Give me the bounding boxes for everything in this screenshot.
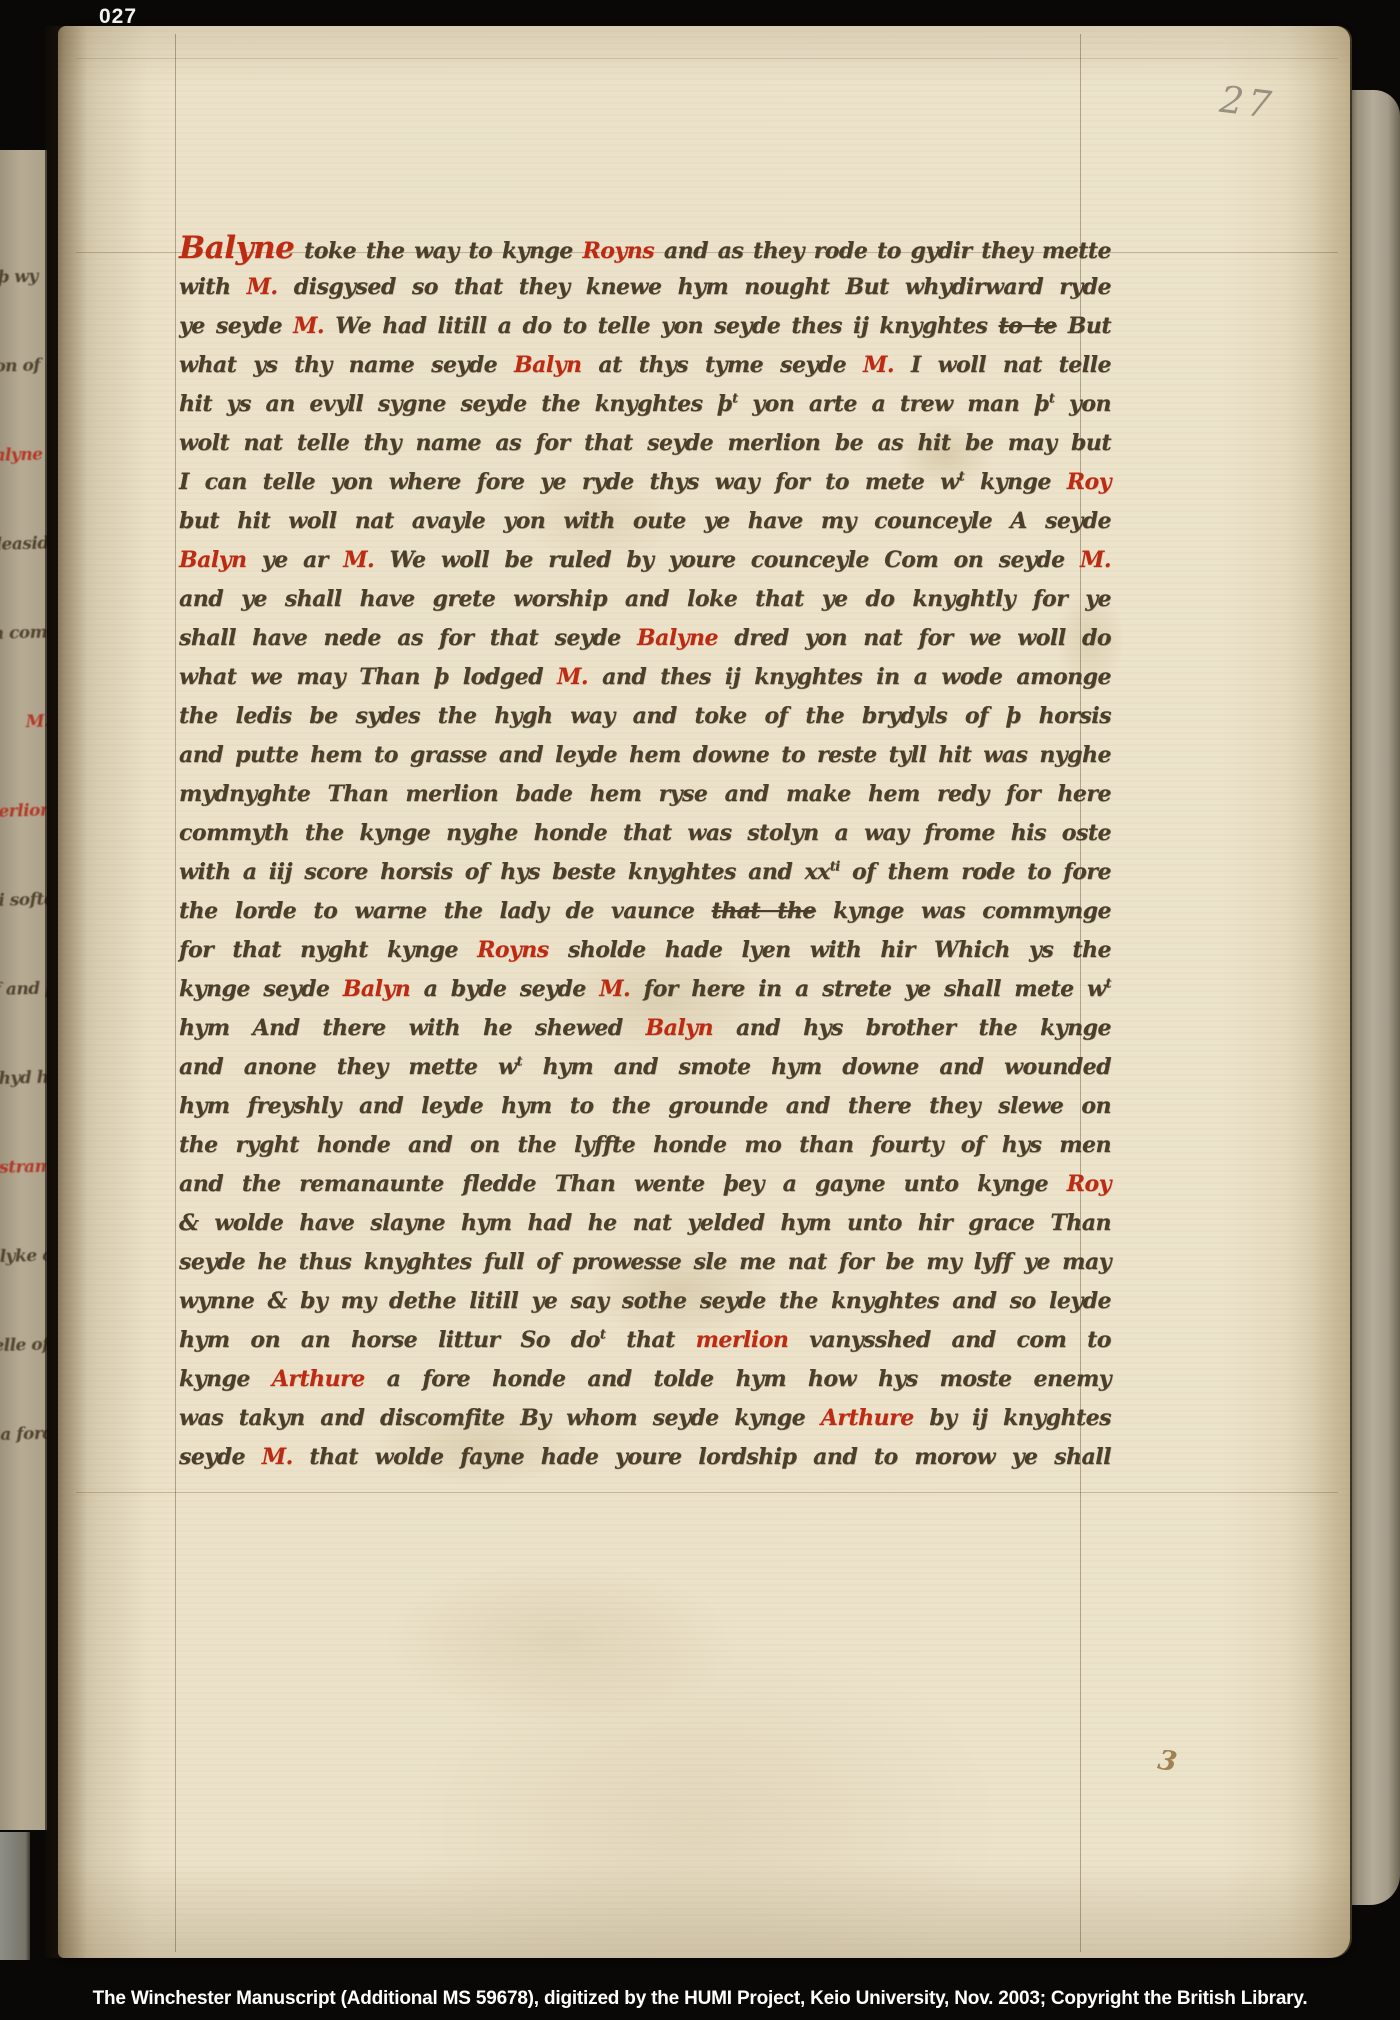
manuscript-line: and ye shall have grete worship and loke… xyxy=(179,580,1111,619)
ink-text: yon xyxy=(1054,391,1111,417)
rubric-text: Arthure xyxy=(272,1366,365,1392)
rubric-text: M. xyxy=(599,976,630,1002)
manuscript-line: what we may Than þ lodged M. and thes ij… xyxy=(179,658,1111,697)
ink-text: by ij knyghtes xyxy=(914,1405,1111,1431)
manuscript-line: Balyne toke the way to kynge Royns and a… xyxy=(179,229,1111,268)
ink-text: ye seyde xyxy=(179,313,293,339)
manuscript-line: with a iij score horsis of hys beste kny… xyxy=(179,853,1111,892)
ink-text: commyth the kynge nyghe honde that was s… xyxy=(179,820,1111,846)
ink-text: seyde xyxy=(179,1444,262,1470)
manuscript-line: seyde M. that wolde fayne hade youre lor… xyxy=(179,1438,1111,1477)
rubric-text: M. xyxy=(293,313,324,339)
ruling-line-top-edge xyxy=(76,58,1338,59)
ink-text: kynge xyxy=(179,1366,272,1392)
ink-text: that the xyxy=(712,898,816,924)
ghost-fragment: we di softe xyxy=(0,891,47,911)
ghost-fragment: a fordir xyxy=(0,1425,47,1445)
manuscript-line: the ryght honde and on the lyffte honde … xyxy=(179,1126,1111,1165)
ink-text: disgysed so that they knewe hym nought B… xyxy=(278,274,1111,300)
ink-text: was takyn and discomfite By whom seyde k… xyxy=(179,1405,821,1431)
ghost-fragment: gre fon of xyxy=(0,358,40,378)
ink-text: with xyxy=(179,274,247,300)
rubric-text: M. xyxy=(557,664,588,690)
manuscript-line: and putte hem to grasse and leyde hem do… xyxy=(179,736,1111,775)
ink-text: for that nyght kynge xyxy=(179,937,477,963)
manuscript-line: I can telle yon where fore ye ryde thys … xyxy=(179,463,1111,502)
ink-text: ye ar xyxy=(247,547,344,573)
manuscript-line: what ys thy name seyde Balyn at thys tym… xyxy=(179,346,1111,385)
ink-text: But xyxy=(1057,313,1111,339)
ink-text: but hit woll nat avayle yon with oute ye… xyxy=(179,508,1111,534)
ink-text: at thys tyme seyde xyxy=(582,352,863,378)
ink-text: wynne & by my dethe litill ye say sothe … xyxy=(179,1288,1111,1314)
ink-text: I can telle yon where fore ye ryde thys … xyxy=(179,469,959,495)
rubric-text: Royns xyxy=(583,238,655,264)
ink-text: to te xyxy=(998,313,1056,339)
ruling-line-left-margin xyxy=(175,34,176,1952)
ink-text: the ryght honde and on the lyffte honde … xyxy=(179,1132,1111,1158)
ghost-fragment: M. xyxy=(0,713,47,733)
ghost-text-column: bonte þ wygre fon ofBalyneto hys pleasid… xyxy=(0,269,47,1446)
rubric-text: M. xyxy=(1080,547,1111,573)
ink-text: kynge xyxy=(964,469,1067,495)
ghost-fragment: Balyne xyxy=(0,447,43,467)
ink-text: seyde he thus knyghtes full of prowesse … xyxy=(179,1249,1111,1275)
rubric-text: Balyn xyxy=(646,1015,714,1041)
ink-text: the ledis be sydes the hygh way and toke… xyxy=(179,703,1111,729)
manuscript-line: and anone they mette wt hym and smote hy… xyxy=(179,1048,1111,1087)
ink-text: what we may Than þ lodged xyxy=(179,664,557,690)
manuscript-line: hit ys an evyll sygne seyde the knyghtes… xyxy=(179,385,1111,424)
rubric-text: Royns xyxy=(477,937,549,963)
ghost-fragment: to hys pleasid xyxy=(0,536,45,556)
ink-text: t xyxy=(1106,977,1112,992)
ink-text: mydnyghte Than merlion bade hem ryse and… xyxy=(179,781,1111,807)
manuscript-line: the lorde to warne the lady de vaunce th… xyxy=(179,892,1111,931)
manuscript-line: shall have nede as for that seyde Balyne… xyxy=(179,619,1111,658)
ink-text: We had litill a do to telle yon seyde th… xyxy=(324,313,998,339)
ghost-fragment: then hyd he xyxy=(0,1069,47,1089)
ink-text: hym And there with he shewed xyxy=(179,1015,646,1041)
ink-text: that xyxy=(605,1327,695,1353)
ink-text: for here in a strete ye shall mete w xyxy=(630,976,1105,1002)
rubric-text: Balyne xyxy=(637,625,718,651)
manuscript-line: kynge Arthure a fore honde and tolde hym… xyxy=(179,1360,1111,1399)
ghost-fragment: to telle of þ xyxy=(0,1336,47,1356)
rubric-text: M. xyxy=(262,1444,293,1470)
ink-text: that wolde fayne hade youre lordship and… xyxy=(293,1444,1111,1470)
rubric-text: Roy xyxy=(1067,469,1111,495)
manuscript-line: for that nyght kynge Royns sholde hade l… xyxy=(179,931,1111,970)
rubric-text: M. xyxy=(863,352,894,378)
manuscript-line: was takyn and discomfite By whom seyde k… xyxy=(179,1399,1111,1438)
ink-text: I woll nat telle xyxy=(894,352,1111,378)
manuscript-line: & wolde have slayne hym had he nat yelde… xyxy=(179,1204,1111,1243)
ghost-fragment: Merlion xyxy=(0,802,47,822)
ink-text: a byde seyde xyxy=(410,976,599,1002)
ink-text: and thes ij knyghtes in a wode amonge xyxy=(588,664,1111,690)
ink-text: and the remanaunte fledde Than wente þey… xyxy=(179,1171,1067,1197)
rubric-text: Balyn xyxy=(343,976,411,1002)
ghost-fragment: Trystrams xyxy=(0,1158,47,1178)
ghost-fragment: att frelyke off xyxy=(0,1247,47,1267)
facing-page-edge-strip: bonte þ wygre fon ofBalyneto hys pleasid… xyxy=(0,150,47,1830)
manuscript-line: wolt nat telle thy name as for that seyd… xyxy=(179,424,1111,463)
ink-text: toke the way to kynge xyxy=(294,238,582,264)
manuscript-line: mydnyghte Than merlion bade hem ryse and… xyxy=(179,775,1111,814)
ink-text: kynge seyde xyxy=(179,976,343,1002)
ink-text: with a iij score horsis of hys beste kny… xyxy=(179,859,830,885)
ink-text: and as they rode to gydir they mette xyxy=(654,238,1111,264)
rubric-text: Balyne xyxy=(179,230,294,266)
ghost-fragment: bonte þ wy xyxy=(0,269,38,289)
ink-text: the lorde to warne the lady de vaunce xyxy=(179,898,712,924)
ink-text: and anone they mette w xyxy=(179,1054,516,1080)
manuscript-line: hym on an horse littur So dot that merli… xyxy=(179,1321,1111,1360)
ink-text: sholde hade lyen with hir Which ys the xyxy=(549,937,1111,963)
manuscript-line: and the remanaunte fledde Than wente þey… xyxy=(179,1165,1111,1204)
manuscript-line: kynge seyde Balyn a byde seyde M. for he… xyxy=(179,970,1111,1009)
ink-text: shall have nede as for that seyde xyxy=(179,625,637,651)
rubric-text: Balyn xyxy=(514,352,582,378)
rubric-text: merlion xyxy=(696,1327,789,1353)
binding-board-corner xyxy=(0,1832,30,1960)
text-block: Balyne toke the way to kynge Royns and a… xyxy=(179,229,1111,1477)
ink-text: and putte hem to grasse and leyde hem do… xyxy=(179,742,1111,768)
ink-text: and ye shall have grete worship and loke… xyxy=(179,586,1111,612)
ink-text: We woll be ruled by youre counceyle Com … xyxy=(374,547,1080,573)
rubric-text: Arthure xyxy=(821,1405,914,1431)
ruling-line-text-bottom xyxy=(76,1492,1338,1493)
manuscript-line: with M. disgysed so that they knewe hym … xyxy=(179,268,1111,307)
ink-text: hym on an horse littur So do xyxy=(179,1327,600,1353)
ink-text: hit ys an evyll sygne seyde the knyghtes… xyxy=(179,391,732,417)
caption-bar: The Winchester Manuscript (Additional MS… xyxy=(0,1968,1400,2020)
rubric-text: Balyn xyxy=(179,547,247,573)
rubric-text: Roy xyxy=(1067,1171,1111,1197)
ink-text: yon arte a trew man þ xyxy=(738,391,1049,417)
ghost-fragment: þat of and þ xyxy=(0,980,47,1000)
manuscript-line: the ledis be sydes the hygh way and toke… xyxy=(179,697,1111,736)
ink-text: what ys thy name seyde xyxy=(179,352,514,378)
manuscript-line: ye seyde M. We had litill a do to telle … xyxy=(179,307,1111,346)
manuscript-line: hym freyshly and leyde hym to the ground… xyxy=(179,1087,1111,1126)
folio-number: 27 xyxy=(1218,81,1277,124)
pen-trial-mark: 3 xyxy=(1156,1747,1179,1777)
manuscript-line: hym And there with he shewed Balyn and h… xyxy=(179,1009,1111,1048)
manuscript-line: Balyn ye ar M. We woll be ruled by youre… xyxy=(179,541,1111,580)
manuscript-page: 27 Balyne toke the way to kynge Royns an… xyxy=(58,26,1350,1958)
ink-text: & wolde have slayne hym had he nat yelde… xyxy=(179,1210,1111,1236)
ink-text: kynge was commynge xyxy=(816,898,1111,924)
ink-text: of them rode to fore xyxy=(840,859,1111,885)
rubric-text: M. xyxy=(247,274,278,300)
ghost-fragment: hyn com xyxy=(0,625,47,645)
ink-text: and hys brother the kynge xyxy=(713,1015,1111,1041)
ink-text: a fore honde and tolde hym how hys moste… xyxy=(365,1366,1111,1392)
ink-text: wolt nat telle thy name as for that seyd… xyxy=(179,430,1111,456)
caption-text: The Winchester Manuscript (Additional MS… xyxy=(93,1988,1308,2020)
ink-text: vanysshed and com to xyxy=(788,1327,1111,1353)
ink-text: ti xyxy=(830,860,840,875)
rubric-text: M. xyxy=(343,547,374,573)
manuscript-line: seyde he thus knyghtes full of prowesse … xyxy=(179,1243,1111,1282)
ink-text: hym and smote hym downe and wounded xyxy=(522,1054,1111,1080)
ink-text: dred yon nat for we woll do xyxy=(718,625,1111,651)
manuscript-line: wynne & by my dethe litill ye say sothe … xyxy=(179,1282,1111,1321)
manuscript-line: but hit woll nat avayle yon with oute ye… xyxy=(179,502,1111,541)
manuscript-line: commyth the kynge nyghe honde that was s… xyxy=(179,814,1111,853)
ink-text: hym freyshly and leyde hym to the ground… xyxy=(179,1093,1111,1119)
